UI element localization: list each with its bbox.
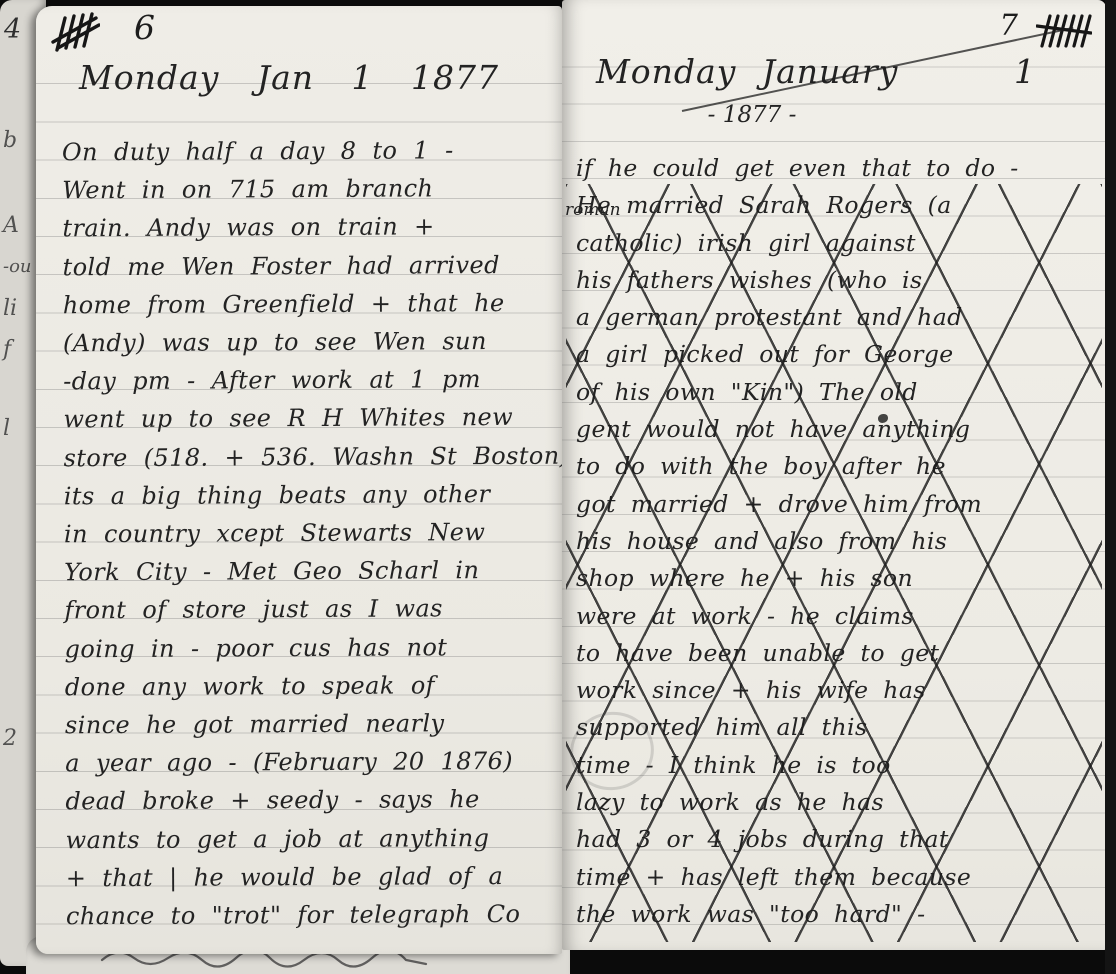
handwriting-line: the work was "too hard" - [576, 896, 1104, 933]
handwriting-line: got married + drove him from [576, 486, 1104, 523]
handwriting-line: lazy to work as he has [576, 784, 1104, 821]
handwriting-line: front of store just as I was [64, 589, 560, 630]
date-header: Monday January 1 [596, 52, 1036, 91]
handwriting-line: train. Andy was on train + [62, 207, 558, 248]
handwriting-line: wants to get a job at anything [66, 818, 562, 859]
handwriting-line: had 3 or 4 jobs during that [576, 821, 1104, 858]
edge-fragment: l [3, 416, 10, 441]
handwriting-line: gent would not have anything [576, 411, 1104, 448]
handwriting-line: time + has left them because [576, 859, 1104, 896]
handwriting-line: catholic) irish girl against [576, 225, 1104, 262]
scan-edge [1105, 0, 1116, 974]
edge-fragment: f [3, 337, 11, 362]
handwriting-line: work since + his wife has [576, 672, 1104, 709]
handwriting-line: (Andy) was up to see Wen sun [63, 322, 559, 363]
handwriting-line: chance to "trot" for telegraph Co [66, 895, 562, 936]
edge-fragment: li [3, 296, 17, 321]
tally-marks-icon [50, 10, 100, 56]
handwriting-line: -day pm - After work at 1 pm [63, 360, 559, 401]
handwriting-line: in country xcept Stewarts New [64, 513, 560, 554]
edge-fragment: 2 [3, 726, 17, 751]
page-number: 7 [1000, 8, 1018, 42]
handwriting-line: He married Sarah Rogers (a [576, 187, 1104, 224]
handwriting-line: a german protestant and had [576, 299, 1104, 336]
handwriting-line: home from Greenfield + that he [63, 284, 559, 325]
handwriting-line: told me Wen Foster had arrived [63, 245, 559, 286]
header-day: 1 [1014, 52, 1036, 91]
handwriting-line: On duty half a day 8 to 1 - [62, 131, 558, 172]
page-number: 6 [134, 8, 155, 47]
handwriting-line: store (518. + 536. Washn St Boston) [64, 436, 560, 477]
handwriting-line: went up to see R H Whites new [63, 398, 559, 439]
handwriting-line: + that | he would be glad of a [66, 857, 562, 898]
diary-scan: 4 bA-oulifl2 6 Monday Jan 1 1877 On duty… [0, 0, 1116, 974]
edge-fragment: A [3, 213, 19, 238]
handwriting-line: a year ago - (February 20 1876) [65, 742, 561, 783]
header-year: - 1877 - [622, 102, 882, 128]
handwriting-line: Went in on 715 am branch [62, 169, 558, 210]
handwriting-line: going in - poor cus has not [65, 627, 561, 668]
margin-page-number: 4 [4, 14, 21, 45]
handwriting-line: time - I think he is too [576, 747, 1104, 784]
handwriting-line: if he could get even that to do - [576, 150, 1104, 187]
date-header: Monday Jan 1 1877 [36, 58, 542, 97]
edge-fragment: b [3, 128, 17, 153]
diary-entry-text: On duty half a day 8 to 1 -Went in on 71… [62, 131, 562, 936]
handwriting-line: his house and also from his [576, 523, 1104, 560]
handwriting-line: were at work - he claims [576, 598, 1104, 635]
right-page: 7 Monday January 1 - 1877 - roman if he … [562, 0, 1106, 950]
left-page: 6 Monday Jan 1 1877 On duty half a day 8… [36, 6, 562, 954]
handwriting-line: done any work to speak of [65, 666, 561, 707]
handwriting-line: of his own "Kin") The old [576, 374, 1104, 411]
handwriting-line: to do with the boy after he [576, 448, 1104, 485]
handwriting-line: a girl picked out for George [576, 336, 1104, 373]
handwriting-line: York City - Met Geo Scharl in [64, 551, 560, 592]
edge-fragment: -ou [3, 256, 32, 277]
handwriting-line: supported him all this [576, 709, 1104, 746]
handwriting-line: his fathers wishes (who is [576, 262, 1104, 299]
header-month: Monday January [596, 52, 898, 91]
handwriting-line: its a big thing beats any other [64, 475, 560, 516]
handwriting-line: since he got married nearly [65, 704, 561, 745]
handwriting-line: to have been unable to get [576, 635, 1104, 672]
handwriting-line: dead broke + seedy - says he [65, 780, 561, 821]
handwriting-line: shop where he + his son [576, 560, 1104, 597]
diary-entry-text: if he could get even that to do -He marr… [576, 150, 1104, 933]
